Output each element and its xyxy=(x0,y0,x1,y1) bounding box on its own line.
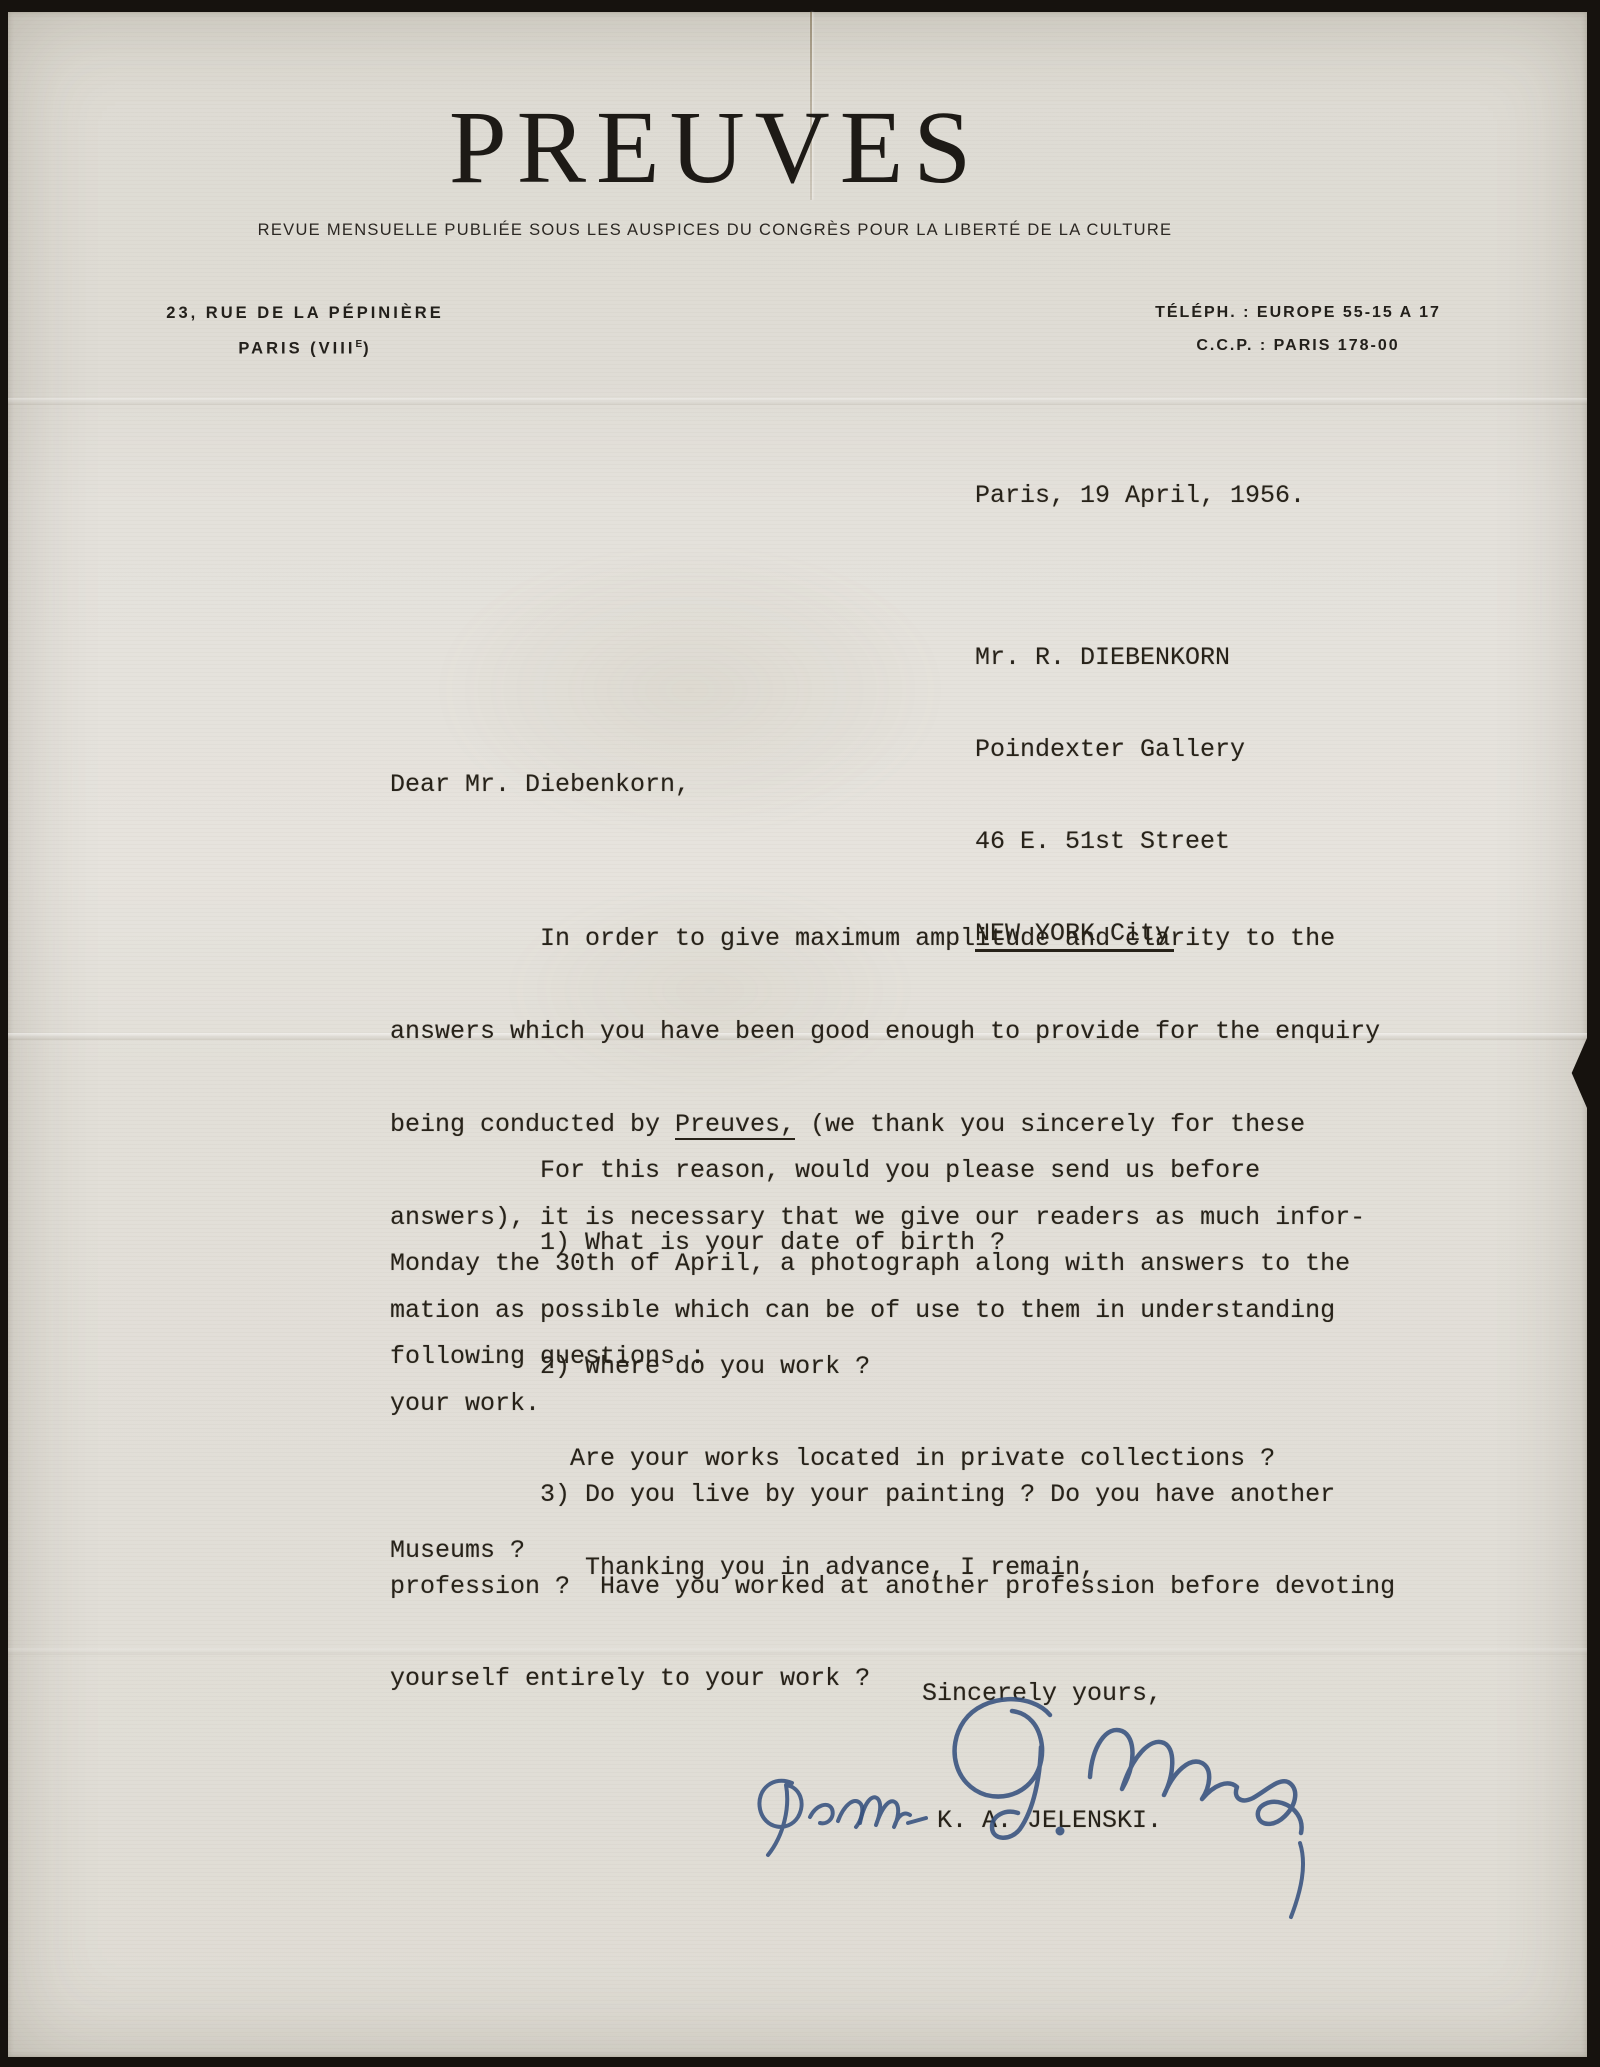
horizontal-fold-crease xyxy=(8,398,1587,405)
letterhead-subtitle: REVUE MENSUELLE PUBLIÉE SOUS LES AUSPICE… xyxy=(230,221,1200,240)
scanned-letter-page: PREUVES REVUE MENSUELLE PUBLIÉE SOUS LES… xyxy=(0,0,1600,2067)
recipient-line: 46 E. 51st Street xyxy=(975,825,1245,859)
letterhead-contact: TÉLÉPH. : EUROPE 55-15 A 17 C.C.P. : PAR… xyxy=(1098,296,1498,362)
recipient-line: Mr. R. DIEBENKORN xyxy=(975,641,1245,675)
letterhead-title: PREUVES xyxy=(230,93,1200,203)
body-line: For this reason, would you please send u… xyxy=(390,1153,1350,1188)
address-line: PARIS (VIIIE) xyxy=(105,329,505,365)
salutation: Dear Mr. Diebenkorn, xyxy=(390,770,690,799)
phone-line: TÉLÉPH. : EUROPE 55-15 A 17 xyxy=(1098,296,1498,329)
arrondissement-superscript: E xyxy=(355,339,363,350)
handwritten-signature xyxy=(740,1655,1340,1925)
thanking-line: Thanking you in advance, I remain, xyxy=(390,1553,1095,1582)
question-1: 1) What is your date of birth ? xyxy=(390,1228,1005,1257)
letterhead-address: 23, RUE DE LA PÉPINIÈRE PARIS (VIIIE) xyxy=(105,297,505,365)
recipient-line: Poindexter Gallery xyxy=(975,733,1245,767)
dateline: Paris, 19 April, 1956. xyxy=(975,481,1305,510)
for-mr-annotation xyxy=(759,1781,926,1855)
body-line: In order to give maximum amplitude and c… xyxy=(390,921,1380,956)
ccp-line: C.C.P. : PARIS 178-00 xyxy=(1098,329,1498,362)
body-line: 3) Do you live by your painting ? Do you… xyxy=(390,1478,1395,1512)
address-line: 23, RUE DE LA PÉPINIÈRE xyxy=(105,297,505,329)
signature-script xyxy=(955,1699,1303,1917)
body-line: answers which you have been good enough … xyxy=(390,1014,1380,1049)
body-line: 2) Where do you work ? xyxy=(390,1350,1275,1384)
